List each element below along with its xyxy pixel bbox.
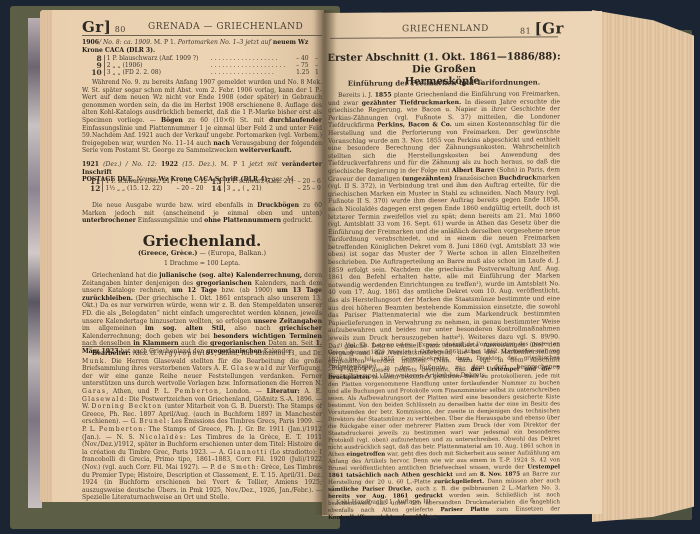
- right-page: GRIECHENLAND 81 [Gr Erster Abschnitt (1.…: [322, 11, 602, 516]
- credits-paragraph: Bearbeiter: Alex. G. Argyropoulos, Athen…: [82, 350, 322, 502]
- country-subtitle: (Greece, Grèce.) — (Europa, Balkan.): [82, 250, 322, 258]
- header-rule: [82, 35, 322, 36]
- para-1906: Während No. 9. zu bereits Anfang 1907 ge…: [82, 79, 322, 140]
- calendar-paragraph: Griechenland hat die julianische (sog. a…: [82, 272, 322, 356]
- table-row: 10 3 „ „ (FD 2. 2. 08) . . . . . . . . .…: [88, 69, 322, 76]
- para-1922: Die neue Ausgabe wurde bzw. wird ebenfal…: [82, 202, 322, 225]
- currency-note: 1 Drachme = 100 Lepta.: [82, 260, 322, 268]
- running-head: GRIECHENLAND: [402, 24, 489, 35]
- issue-1921-table: 11 1 P. schwarz (Dez. 21) . – 12 – 12 13…: [88, 178, 323, 192]
- page-number: 80: [115, 25, 126, 34]
- page-number: 81: [520, 27, 531, 36]
- left-page: Gr] 80 GRENADA — GRIECHENLAND 1906/ No. …: [52, 10, 324, 502]
- table-row: 9 2 „ „ (1906) . . . . . . . . . . . . .…: [88, 62, 322, 69]
- para-1921-intro: Nachdem Anf. 1921 auch der Verkauf ungeb…: [82, 132, 322, 155]
- header-rule: [330, 36, 558, 39]
- corner-mark: [Gr: [535, 19, 564, 37]
- table-row: 11 1 P. schwarz (Dez. 21) . – 12 – 12 13…: [88, 178, 323, 185]
- country-title: Griechenland.: [82, 232, 322, 250]
- running-head: GRENADA — GRIECHENLAND: [148, 22, 303, 32]
- table-row: 12 1½ „ „ (15. 12. 22) – 20 – 20 14 3 „ …: [88, 185, 323, 192]
- issue-1906-table: 8 1 P. blauschwarz (Anf. 1909 ?) . . . .…: [88, 55, 322, 76]
- table-row: 8 1 P. blauschwarz (Anf. 1909 ?) . . . .…: [88, 55, 322, 62]
- section-rule: [82, 346, 322, 347]
- issue-1906-heading: 1906/ No. 8: ca. 1909. M. P 1. Portomark…: [82, 39, 322, 54]
- right-page-header: 81 [Gr: [520, 19, 564, 37]
- footer-imprint: Kohl-Handbuch 11. Auflage. III: [336, 498, 431, 506]
- corner-mark: Gr]: [82, 18, 111, 36]
- section-subtitle: Einführung der Freimarken und Tarifordnu…: [326, 77, 562, 88]
- gutter-shadow: [314, 10, 336, 515]
- left-page-header: Gr] 80: [82, 18, 126, 36]
- page-stack-right: [592, 10, 694, 522]
- main-paragraph: Bereits i. J. 1855 plante Griechenland d…: [328, 90, 560, 380]
- signature-mark: 6: [530, 497, 534, 504]
